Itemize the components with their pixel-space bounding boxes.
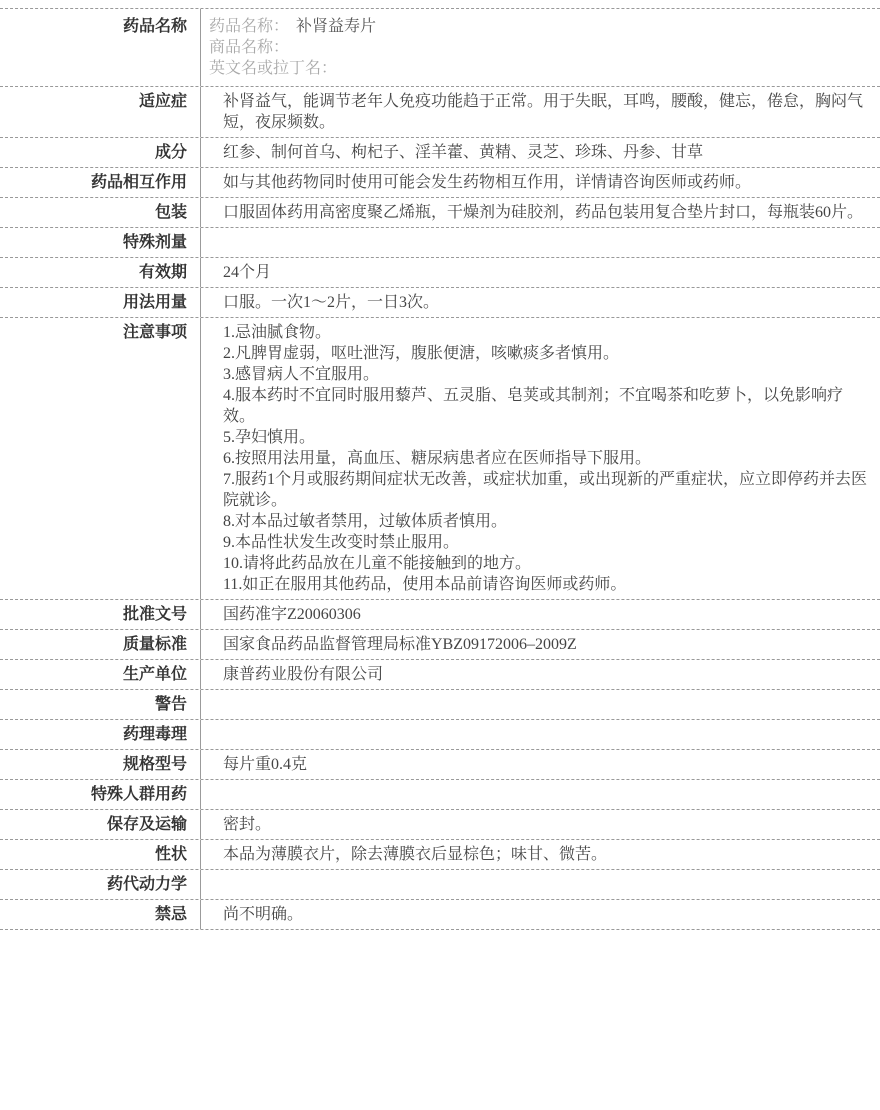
field-value: 本品为薄膜衣片，除去薄膜衣后显棕色；味甘、微苦。 (201, 840, 880, 869)
table-row: 药代动力学 (0, 869, 880, 899)
field-value (201, 690, 880, 719)
field-label: 规格型号 (0, 750, 201, 779)
field-value: 如与其他药物同时使用可能会发生药物相互作用，详情请咨询医师或药师。 (201, 168, 880, 197)
table-row: 药品名称药品名称：补肾益寿片商品名称：英文名或拉丁名： (0, 8, 880, 86)
field-label: 成分 (0, 138, 201, 167)
field-value: 1.忌油腻食物。2.凡脾胃虚弱，呕吐泄泻，腹胀便溏，咳嗽痰多者慎用。3.感冒病人… (201, 318, 880, 599)
table-row: 特殊剂量 (0, 227, 880, 257)
table-row: 适应症补肾益气，能调节老年人免疫功能趋于正常。用于失眠，耳鸣，腰酸，健忘，倦怠，… (0, 86, 880, 137)
field-label: 注意事项 (0, 318, 201, 599)
field-value (201, 780, 880, 809)
note-item: 9.本品性状发生改变时禁止服用。 (223, 532, 868, 553)
table-row: 禁忌尚不明确。 (0, 899, 880, 929)
drug-name-line: 商品名称： (209, 37, 868, 58)
field-value: 每片重0.4克 (201, 750, 880, 779)
drug-name-prefix: 药品名称： (209, 18, 289, 35)
note-item: 3.感冒病人不宜服用。 (223, 364, 868, 385)
drug-name-line: 药品名称：补肾益寿片 (209, 16, 868, 37)
drug-name-prefix: 商品名称： (209, 39, 289, 56)
table-row: 成分红参、制何首乌、枸杞子、淫羊藿、黄精、灵芝、珍珠、丹参、甘草 (0, 137, 880, 167)
table-row: 质量标准国家食品药品监督管理局标准YBZ09172006–2009Z (0, 629, 880, 659)
drug-name-value: 补肾益寿片 (296, 18, 376, 35)
field-label: 质量标准 (0, 630, 201, 659)
table-row: 保存及运输密封。 (0, 809, 880, 839)
note-item: 11.如正在服用其他药品，使用本品前请咨询医师或药师。 (223, 574, 868, 595)
field-label: 特殊人群用药 (0, 780, 201, 809)
drug-name-line: 英文名或拉丁名： (209, 58, 868, 79)
field-value: 尚不明确。 (201, 900, 880, 929)
note-item: 8.对本品过敏者禁用，过敏体质者慎用。 (223, 511, 868, 532)
field-label: 批准文号 (0, 600, 201, 629)
table-row: 包装口服固体药用高密度聚乙烯瓶，干燥剂为硅胶剂，药品包装用复合垫片封口，每瓶装6… (0, 197, 880, 227)
field-label: 性状 (0, 840, 201, 869)
drug-name-prefix: 英文名或拉丁名： (209, 60, 337, 77)
table-row: 有效期24个月 (0, 257, 880, 287)
field-value: 口服。一次1～2片，一日3次。 (201, 288, 880, 317)
field-value: 红参、制何首乌、枸杞子、淫羊藿、黄精、灵芝、珍珠、丹参、甘草 (201, 138, 880, 167)
field-label: 包装 (0, 198, 201, 227)
table-row: 规格型号每片重0.4克 (0, 749, 880, 779)
field-value: 补肾益气，能调节老年人免疫功能趋于正常。用于失眠，耳鸣，腰酸，健忘，倦怠，胸闷气… (201, 87, 880, 137)
field-value: 密封。 (201, 810, 880, 839)
field-value (201, 720, 880, 749)
field-label: 保存及运输 (0, 810, 201, 839)
field-label: 生产单位 (0, 660, 201, 689)
field-label: 有效期 (0, 258, 201, 287)
table-row: 生产单位康普药业股份有限公司 (0, 659, 880, 689)
field-label: 特殊剂量 (0, 228, 201, 257)
table-row: 药品相互作用如与其他药物同时使用可能会发生药物相互作用，详情请咨询医师或药师。 (0, 167, 880, 197)
field-label: 用法用量 (0, 288, 201, 317)
table-row: 注意事项1.忌油腻食物。2.凡脾胃虚弱，呕吐泄泻，腹胀便溏，咳嗽痰多者慎用。3.… (0, 317, 880, 599)
note-item: 2.凡脾胃虚弱，呕吐泄泻，腹胀便溏，咳嗽痰多者慎用。 (223, 343, 868, 364)
table-row: 批准文号国药准字Z20060306 (0, 599, 880, 629)
field-value: 24个月 (201, 258, 880, 287)
field-label: 适应症 (0, 87, 201, 137)
field-label: 药品相互作用 (0, 168, 201, 197)
field-label: 药品名称 (0, 9, 201, 86)
field-value (201, 870, 880, 899)
note-item: 5.孕妇慎用。 (223, 427, 868, 448)
note-item: 6.按照用法用量，高血压、糖尿病患者应在医师指导下服用。 (223, 448, 868, 469)
field-label: 药代动力学 (0, 870, 201, 899)
table-row: 用法用量口服。一次1～2片，一日3次。 (0, 287, 880, 317)
field-label: 警告 (0, 690, 201, 719)
note-item: 1.忌油腻食物。 (223, 322, 868, 343)
drug-info-table: 药品名称药品名称：补肾益寿片商品名称：英文名或拉丁名：适应症补肾益气，能调节老年… (0, 8, 880, 930)
field-value (201, 228, 880, 257)
table-row: 性状本品为薄膜衣片，除去薄膜衣后显棕色；味甘、微苦。 (0, 839, 880, 869)
field-label: 药理毒理 (0, 720, 201, 749)
table-row: 警告 (0, 689, 880, 719)
field-value: 药品名称：补肾益寿片商品名称：英文名或拉丁名： (201, 9, 880, 86)
note-item: 7.服药1个月或服药期间症状无改善，或症状加重，或出现新的严重症状，应立即停药并… (223, 469, 868, 511)
field-value: 国家食品药品监督管理局标准YBZ09172006–2009Z (201, 630, 880, 659)
table-row: 药理毒理 (0, 719, 880, 749)
field-value: 康普药业股份有限公司 (201, 660, 880, 689)
field-value: 口服固体药用高密度聚乙烯瓶，干燥剂为硅胶剂，药品包装用复合垫片封口，每瓶装60片… (201, 198, 880, 227)
note-item: 10.请将此药品放在儿童不能接触到的地方。 (223, 553, 868, 574)
field-label: 禁忌 (0, 900, 201, 929)
note-item: 4.服本药时不宜同时服用藜芦、五灵脂、皂荚或其制剂；不宜喝茶和吃萝卜，以免影响疗… (223, 385, 868, 427)
field-value: 国药准字Z20060306 (201, 600, 880, 629)
table-row: 特殊人群用药 (0, 779, 880, 809)
